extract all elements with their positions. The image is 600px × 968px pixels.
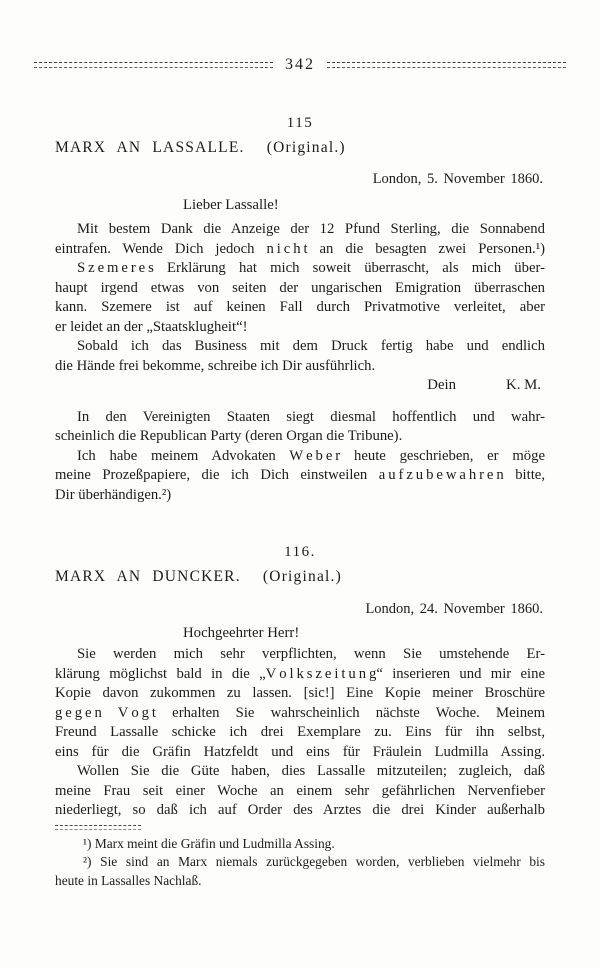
paragraph: Sie werden mich sehr verpflichten, wenn …: [55, 645, 545, 762]
text-line: Sobald ich das Business mit dem Druck fe…: [55, 337, 545, 357]
paragraph: Ich habe meinem Advokaten W e b e r heut…: [55, 447, 545, 506]
dateline: London, 5. November 1860.: [55, 170, 545, 189]
text-line: S z e m e r e s Erklärung hat mich sowei…: [55, 259, 545, 279]
text-line: meine Prozeßpapiere, die ich Dich einstw…: [55, 466, 545, 486]
text-line: g e g e n V o g t erhalten Sie wahrschei…: [55, 704, 545, 724]
paragraph: S z e m e r e s Erklärung hat mich sowei…: [55, 259, 545, 337]
salutation: Lieber Lassalle!: [183, 196, 545, 215]
page-content: 115 MARX AN LASSALLE. (Original.) London…: [55, 114, 545, 890]
footnote-line: heute in Lassalles Nachlaß.: [55, 872, 545, 891]
salutation: Hochgeehrter Herr!: [183, 624, 545, 643]
footnote-line: ¹) Marx meint die Gräfin und Ludmilla As…: [55, 835, 545, 854]
text-line: In den Vereinigten Staaten siegt diesmal…: [55, 408, 545, 428]
text-line: Wollen Sie die Güte haben, dies Lassalle…: [55, 762, 545, 782]
text-line: Kopie davon zukommen zu lassen. [sic!] E…: [55, 684, 545, 704]
header-rule-right: [327, 62, 566, 68]
footnote-line: ²) Sie sind an Marx niemals zurückgegebe…: [55, 853, 545, 872]
text-line: Sie werden mich sehr verpflichten, wenn …: [55, 645, 545, 665]
paragraph: In den Vereinigten Staaten siegt diesmal…: [55, 408, 545, 447]
text-line: eintrafen. Wende Dich jedoch n i c h t a…: [55, 240, 545, 260]
text-line: er leidet an der „Staatsklugheit“!: [55, 318, 545, 338]
page-header: 342: [34, 56, 566, 74]
footnote-divider: [55, 825, 141, 830]
letter-number: 115: [55, 114, 545, 133]
text-line: niederliegt, so daß ich auf Order des Ar…: [55, 801, 545, 821]
text-line: Ich habe meinem Advokaten W e b e r heut…: [55, 447, 545, 467]
text-line: klärung möglichst bald in die „V o l k s…: [55, 665, 545, 685]
text-line: haupt irgend etwas von seiten der ungari…: [55, 279, 545, 299]
page-number: 342: [285, 56, 315, 74]
paragraph: Mit bestem Dank die Anzeige der 12 Pfund…: [55, 220, 545, 259]
text-line: Freund Lassalle schicke ich drei Exempla…: [55, 723, 545, 743]
letter-heading: MARX AN DUNCKER. (Original.): [55, 567, 545, 586]
text-line: Dir überhändigen.²): [55, 486, 545, 506]
text-line: meine Frau seit einer Woche an einem seh…: [55, 782, 545, 802]
dateline: London, 24. November 1860.: [55, 600, 545, 619]
text-line: scheinlich die Republican Party (deren O…: [55, 427, 545, 447]
text-line: Mit bestem Dank die Anzeige der 12 Pfund…: [55, 220, 545, 240]
book-page: 342 115 MARX AN LASSALLE. (Original.) Lo…: [0, 0, 600, 968]
letter-number: 116.: [55, 543, 545, 562]
header-rule-left: [34, 62, 273, 68]
paragraph: Sobald ich das Business mit dem Druck fe…: [55, 337, 545, 376]
footnotes: ¹) Marx meint die Gräfin und Ludmilla As…: [55, 835, 545, 891]
text-line: eins für die Gräfin Hatzfeldt und eins f…: [55, 743, 545, 763]
signature-initials: K. M.: [506, 376, 541, 396]
text-line: kann. Szemere ist auf keinen Fall durch …: [55, 298, 545, 318]
paragraph: Wollen Sie die Güte haben, dies Lassalle…: [55, 762, 545, 821]
signature-closing: Dein: [427, 376, 456, 396]
text-line: die Hände frei bekomme, schreibe ich Dir…: [55, 357, 545, 377]
signature: Dein K. M.: [55, 376, 545, 396]
letter-heading: MARX AN LASSALLE. (Original.): [55, 138, 545, 157]
